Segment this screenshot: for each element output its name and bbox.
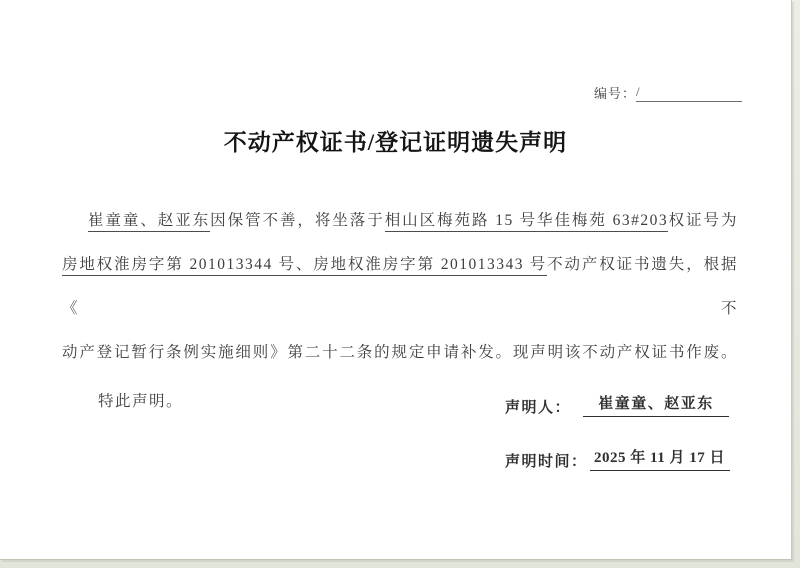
declarer-row: 声明人：崔童童、赵亚东 (505, 392, 729, 417)
document-body: 崔童童、赵亚东因保管不善，将坐落于相山区梅苑路 15 号华佳梅苑 63#203权… (62, 199, 738, 424)
serial-number-value: / (636, 84, 742, 102)
document-stage: 编号：/ 不动产权证书/登记证明遗失声明 崔童童、赵亚东因保管不善，将坐落于相山… (0, 0, 800, 568)
certificate-numbers: 房地权淮房字第 201013344 号、房地权淮房字第 201013343 号 (62, 256, 547, 276)
body-text: 权证号为 (668, 212, 738, 229)
declarer-label: 声明人： (505, 400, 571, 416)
serial-number-label: 编号： (594, 86, 636, 101)
body-line-3: 动产登记暂行条例实施细则》第二十二条的规定申请补发。现声明该不动产权证书作废。 (62, 331, 738, 375)
document-title: 不动产权证书/登记证明遗失声明 (0, 124, 791, 157)
declaration-date-value: 2025 年 11 月 17 日 (590, 446, 730, 471)
declaration-date-label: 声明时间： (505, 454, 588, 470)
document-page: 编号：/ 不动产权证书/登记证明遗失声明 崔童童、赵亚东因保管不善，将坐落于相山… (0, 0, 792, 560)
declaration-date-row: 声明时间：2025 年 11 月 17 日 (505, 446, 730, 471)
body-line-2: 房地权淮房字第 201013344 号、房地权淮房字第 201013343 号不… (62, 243, 738, 331)
body-text: 动产登记暂行条例实施细则》第二十二条的规定申请补发。现声明该不动产权证书作废。 (62, 344, 738, 361)
closing-statement: 特此声明。 (98, 393, 183, 410)
declarer-names-inline: 崔童童、赵亚东 (88, 212, 210, 232)
declarer-value: 崔童童、赵亚东 (583, 392, 729, 417)
serial-number-row: 编号：/ (594, 83, 742, 102)
property-address: 相山区梅苑路 15 号华佳梅苑 63#203 (385, 212, 668, 232)
body-line-1: 崔童童、赵亚东因保管不善，将坐落于相山区梅苑路 15 号华佳梅苑 63#203权… (62, 199, 738, 243)
body-text: 因保管不善，将坐落于 (210, 212, 385, 229)
